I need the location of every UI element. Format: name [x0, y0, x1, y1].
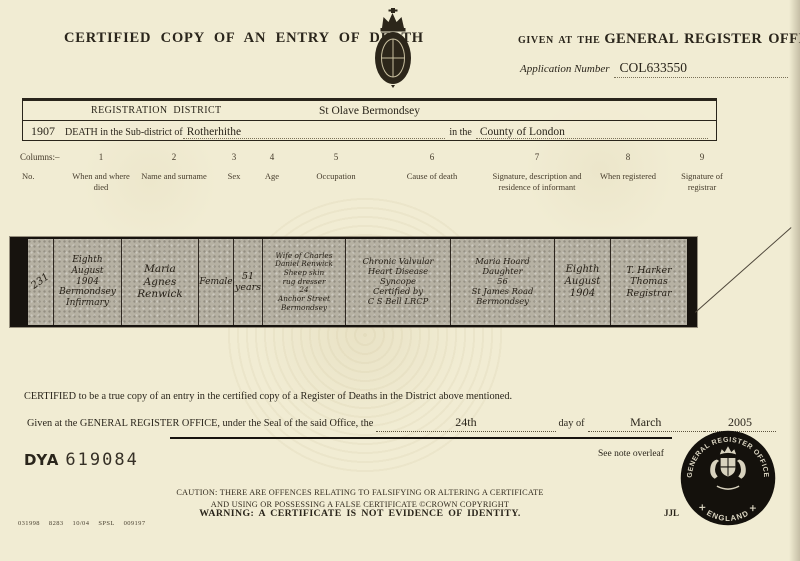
column-name-name-surname: Name and surname — [134, 171, 214, 193]
death-certificate-page: { "page": {"paper_color": "#f1ecd3", "in… — [0, 0, 800, 561]
entry-name: Maria Agnes Renwick — [137, 263, 182, 300]
death-subdistrict-prefix: DEATH in the Sub-district of — [65, 127, 183, 138]
given-at-prefix: GIVEN AT THE — [518, 35, 600, 46]
column-name-sex: Sex — [214, 171, 254, 193]
registrar-initials: JJL — [664, 508, 679, 518]
caution-line-1: CAUTION: THERE ARE OFFENCES RELATING TO … — [130, 487, 590, 499]
columns-row-label: Columns:– — [20, 152, 68, 162]
entry-when-where-died-cell: Eighth August 1904 Bermondsey Infirmary — [54, 239, 122, 325]
column-name-when-registered: When registered — [592, 171, 664, 193]
serial-prefix: DYA — [24, 451, 59, 469]
entry-registrar-cell: T. Harker Thomas Registrar — [611, 239, 687, 325]
application-number-value: COL633550 — [614, 60, 788, 78]
entry-name-cell: Maria Agnes Renwick — [122, 239, 199, 325]
strip-left-black-band — [12, 239, 28, 325]
column-number-4: 4 — [254, 152, 290, 162]
entry-when-registered-cell: Eighth August 1904 — [555, 239, 611, 325]
column-number-7: 7 — [482, 152, 592, 162]
scan-fold-line — [695, 227, 792, 313]
strip-right-black-band — [687, 239, 695, 325]
entry-informant: Maria Hoard Daughter 56 St James Road Be… — [472, 257, 534, 307]
seal-day-value: 24th — [376, 415, 555, 432]
entry-when-where-died: Eighth August 1904 Bermondsey Infirmary — [59, 255, 116, 308]
entry-sex-cell: Female — [199, 239, 234, 325]
entry-informant-cell: Maria Hoard Daughter 56 St James Road Be… — [451, 239, 555, 325]
given-at-heading: GIVEN AT THE GENERAL REGISTER OFFICE — [518, 30, 784, 48]
county-value: County of London — [476, 126, 708, 139]
column-number-9: 9 — [664, 152, 740, 162]
column-number-5: 5 — [290, 152, 382, 162]
entry-number: 231 — [29, 272, 51, 293]
register-entry-strip: 231 Eighth August 1904 Bermondsey Infirm… — [10, 237, 697, 327]
entry-registrar-signature: T. Harker Thomas Registrar — [626, 265, 671, 299]
entry-cause-of-death: Chronic Valvular Heart Disease Syncope C… — [362, 257, 433, 307]
horizontal-rule — [170, 437, 672, 439]
entry-occupation-cell: Wife of Charles Daniel Renwick Sheep ski… — [263, 239, 346, 325]
subdistrict-value: Rotherhithe — [183, 126, 446, 139]
column-name-registrar: Signature of registrar — [664, 171, 740, 193]
registration-year: 1907 — [31, 124, 55, 139]
given-at-office: GENERAL REGISTER OFFICE — [604, 31, 800, 47]
see-note-overleaf: See note overleaf — [598, 449, 664, 459]
serial-digits: 619084 — [65, 450, 138, 470]
given-seal-prefix: Given at the GENERAL REGISTER OFFICE, un… — [24, 418, 376, 429]
entry-age-cell: 51 years — [234, 239, 263, 325]
column-number-2: 2 — [134, 152, 214, 162]
certified-statement: CERTIFIED to be a true copy of an entry … — [24, 391, 512, 402]
print-code: 031998 8283 10/04 SPSL 009197 — [18, 520, 145, 527]
application-number-label: Application Number — [520, 63, 610, 75]
day-of-label: day of — [556, 418, 588, 429]
registration-district-row: REGISTRATION DISTRICT St Olave Bermondse… — [23, 101, 716, 121]
column-number-6: 6 — [382, 152, 482, 162]
given-at-seal-line: Given at the GENERAL REGISTER OFFICE, un… — [24, 415, 776, 432]
page-right-edge-shadow — [789, 0, 800, 561]
column-number-3: 3 — [214, 152, 254, 162]
registration-district-value: St Olave Bermondsey — [23, 105, 716, 117]
column-name-informant: Signature, description and residence of … — [482, 171, 592, 193]
registration-district-box: REGISTRATION DISTRICT St Olave Bermondse… — [22, 98, 717, 141]
column-name-cause-of-death: Cause of death — [382, 171, 482, 193]
columns-header: Columns:– 1 2 3 4 5 6 7 8 9 No. When and… — [20, 152, 720, 193]
column-number-8: 8 — [592, 152, 664, 162]
general-register-office-seal-icon: GENERAL REGISTER OFFICE ✕ ENGLAND ✕ — [680, 430, 776, 526]
entry-occupation: Wife of Charles Daniel Renwick Sheep ski… — [275, 252, 333, 312]
entry-cause-of-death-cell: Chronic Valvular Heart Disease Syncope C… — [346, 239, 451, 325]
column-name-occupation: Occupation — [290, 171, 382, 193]
column-no-label: No. — [20, 171, 68, 193]
in-the-label: in the — [445, 127, 476, 138]
entry-number-cell: 231 — [28, 239, 54, 325]
column-name-when-where-died: When and where died — [68, 171, 134, 193]
application-number-row: Application Number COL633550 — [520, 60, 788, 78]
royal-coat-of-arms-icon — [366, 8, 420, 88]
entry-age: 51 years — [235, 271, 261, 293]
entry-sex: Female — [199, 277, 232, 288]
entry-when-registered: Eighth August 1904 — [565, 264, 601, 299]
column-number-1: 1 — [68, 152, 134, 162]
warning-text: WARNING: A CERTIFICATE IS NOT EVIDENCE O… — [130, 508, 590, 519]
certificate-serial: DYA619084 — [24, 450, 139, 470]
subdistrict-row: 1907 DEATH in the Sub-district of Rother… — [23, 121, 716, 139]
column-name-age: Age — [254, 171, 290, 193]
